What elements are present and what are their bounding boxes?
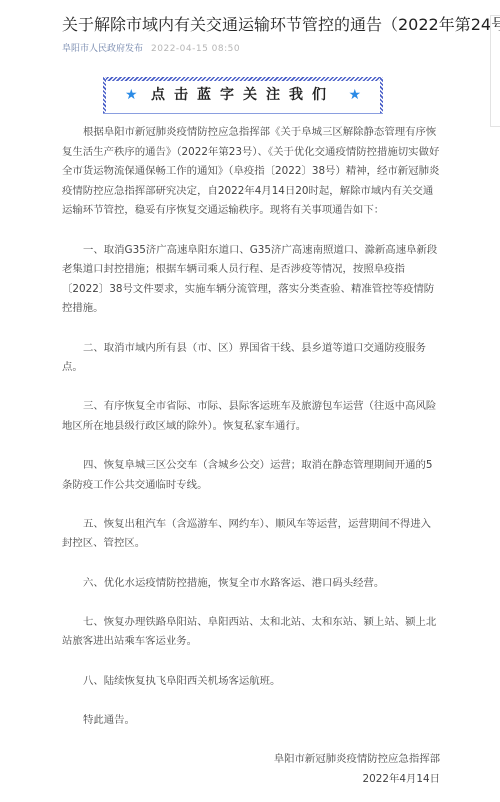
side-panel-frame: [490, 15, 500, 127]
item-paragraph-5: 五、恢复出租汽车（含巡游车、网约车）、顺风车等运营，运营期间不得进入封控区、管控…: [62, 515, 440, 554]
item-paragraph-3: 三、有序恢复全市省际、市际、县际客运班车及旅游包车运营（往返中高风险地区所在地县…: [62, 397, 440, 436]
article-title: 关于解除市域内有关交通运输环节管控的通告（2022年第24号）: [62, 12, 500, 35]
banner-slogan: 点击蓝字关注我们: [103, 86, 383, 104]
publish-time: 2022-04-15 08:50: [151, 44, 240, 54]
publisher-link[interactable]: 阜阳市人民政府发布: [62, 44, 143, 54]
item-paragraph-8: 八、陆续恢复执飞阜阳西关机场客运航班。: [62, 672, 440, 692]
closing-paragraph: 特此通告。: [62, 711, 440, 731]
article-body: 根据阜阳市新冠肺炎疫情防控应急指挥部《关于阜城三区解除静态管理有序恢复生活生产秩…: [62, 123, 440, 789]
signature-date: 2022年4月14日: [62, 770, 440, 790]
intro-paragraph: 根据阜阳市新冠肺炎疫情防控应急指挥部《关于阜城三区解除静态管理有序恢复生活生产秩…: [62, 123, 440, 221]
item-paragraph-4: 四、恢复阜城三区公交车（含城乡公交）运营；取消在静态管理期间开通的5条防疫工作公…: [62, 456, 440, 495]
follow-us-banner[interactable]: ★ 点击蓝字关注我们 ★: [103, 77, 383, 114]
item-paragraph-1: 一、取消G35济广高速阜阳东道口、G35济广高速南照道口、滁新高速阜新段老集道口…: [62, 241, 440, 319]
item-paragraph-2: 二、取消市域内所有县（市、区）界国省干线、县乡道等道口交通防疫服务点。: [62, 339, 440, 378]
article-meta: 阜阳市人民政府发布2022-04-15 08:50: [62, 41, 240, 54]
star-icon: ★: [348, 87, 361, 103]
item-paragraph-6: 六、优化水运疫情防控措施，恢复全市水路客运、港口码头经营。: [62, 574, 440, 594]
item-paragraph-7: 七、恢复办理铁路阜阳站、阜阳西站、太和北站、太和东站、颍上站、颍上北站旅客进出站…: [62, 613, 440, 652]
signature: 阜阳市新冠肺炎疫情防控应急指挥部: [62, 750, 440, 770]
